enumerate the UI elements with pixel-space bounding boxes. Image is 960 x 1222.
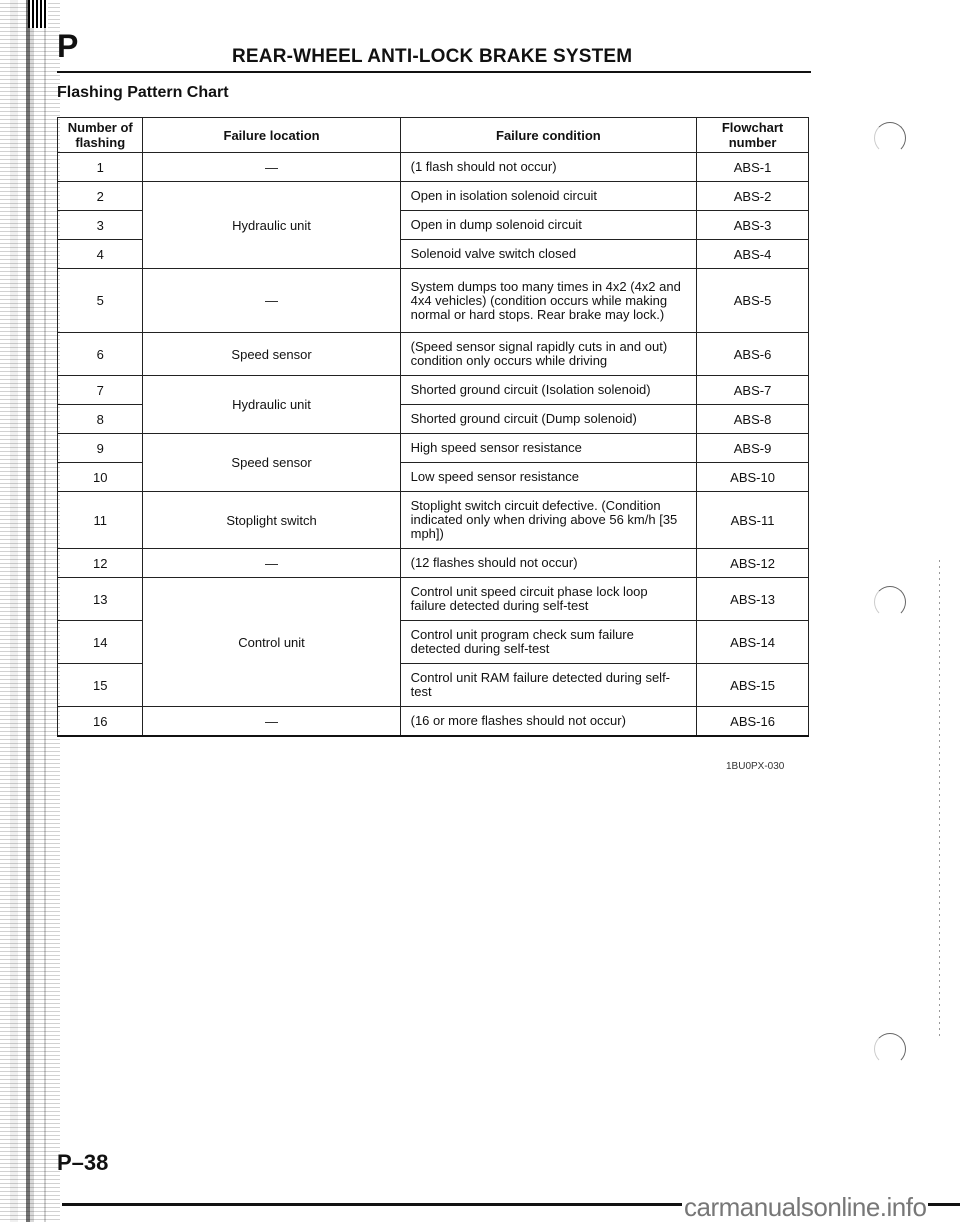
failure-condition: Shorted ground circuit (Isolation soleno…	[400, 376, 697, 405]
flash-count: 6	[58, 333, 143, 376]
column-header-number-of-flashing: Number of flashing	[58, 118, 143, 153]
flowchart-number: ABS-12	[697, 549, 809, 578]
scanned-binding-edge	[0, 0, 60, 1222]
flash-count: 10	[58, 463, 143, 492]
flowchart-number: ABS-16	[697, 707, 809, 737]
flash-count: 3	[58, 211, 143, 240]
watermark: carmanualsonline.info	[682, 1192, 928, 1222]
flowchart-number: ABS-11	[697, 492, 809, 549]
failure-location: —	[143, 549, 400, 578]
failure-condition: Solenoid valve switch closed	[400, 240, 697, 269]
failure-condition: High speed sensor resistance	[400, 434, 697, 463]
flash-count: 11	[58, 492, 143, 549]
table-row: 7 Hydraulic unit Shorted ground circuit …	[58, 376, 809, 405]
figure-id: 1BU0PX-030	[726, 761, 784, 772]
flowchart-number: ABS-14	[697, 621, 809, 664]
failure-condition: Open in isolation solenoid circuit	[400, 182, 697, 211]
failure-condition: Low speed sensor resistance	[400, 463, 697, 492]
flowchart-number: ABS-10	[697, 463, 809, 492]
table-row: 2 Hydraulic unit Open in isolation solen…	[58, 182, 809, 211]
flash-count: 9	[58, 434, 143, 463]
column-header-failure-condition: Failure condition	[400, 118, 697, 153]
flowchart-number: ABS-2	[697, 182, 809, 211]
column-header-failure-location: Failure location	[143, 118, 400, 153]
scan-artifact	[939, 560, 940, 1040]
flowchart-number: ABS-7	[697, 376, 809, 405]
failure-location: —	[143, 153, 400, 182]
flash-count: 14	[58, 621, 143, 664]
flowchart-number: ABS-1	[697, 153, 809, 182]
failure-condition: Open in dump solenoid circuit	[400, 211, 697, 240]
failure-location: —	[143, 269, 400, 333]
failure-condition: (12 flashes should not occur)	[400, 549, 697, 578]
flash-count: 5	[58, 269, 143, 333]
flash-count: 7	[58, 376, 143, 405]
failure-condition: Control unit program check sum failure d…	[400, 621, 697, 664]
flash-count: 15	[58, 664, 143, 707]
page-header-title: REAR-WHEEL ANTI-LOCK BRAKE SYSTEM	[232, 46, 632, 68]
table-header-row: Number of flashing Failure location Fail…	[58, 118, 809, 153]
flash-count: 8	[58, 405, 143, 434]
flash-count: 16	[58, 707, 143, 737]
failure-condition: (1 flash should not occur)	[400, 153, 697, 182]
flowchart-number: ABS-5	[697, 269, 809, 333]
failure-condition: Control unit RAM failure detected during…	[400, 664, 697, 707]
flowchart-number: ABS-13	[697, 578, 809, 621]
failure-location: —	[143, 707, 400, 737]
failure-location: Speed sensor	[143, 434, 400, 492]
failure-location: Stoplight switch	[143, 492, 400, 549]
failure-condition: Shorted ground circuit (Dump solenoid)	[400, 405, 697, 434]
flash-count: 4	[58, 240, 143, 269]
table-row: 12 — (12 flashes should not occur) ABS-1…	[58, 549, 809, 578]
flowchart-number: ABS-9	[697, 434, 809, 463]
failure-condition: Control unit speed circuit phase lock lo…	[400, 578, 697, 621]
section-title: Flashing Pattern Chart	[57, 84, 229, 102]
binder-hole-icon	[874, 122, 906, 154]
flash-count: 12	[58, 549, 143, 578]
failure-condition: Stoplight switch circuit defective. (Con…	[400, 492, 697, 549]
header-divider	[57, 71, 811, 73]
failure-location: Hydraulic unit	[143, 376, 400, 434]
flash-count: 13	[58, 578, 143, 621]
table-row: 13 Control unit Control unit speed circu…	[58, 578, 809, 621]
flowchart-number: ABS-15	[697, 664, 809, 707]
flash-count: 1	[58, 153, 143, 182]
binder-hole-icon	[874, 1033, 906, 1065]
flowchart-number: ABS-8	[697, 405, 809, 434]
table-row: 11 Stoplight switch Stoplight switch cir…	[58, 492, 809, 549]
binder-hole-icon	[874, 586, 906, 618]
column-header-flowchart-number: Flowchart number	[697, 118, 809, 153]
failure-condition: (Speed sensor signal rapidly cuts in and…	[400, 333, 697, 376]
scan-artifact	[28, 0, 48, 28]
flowchart-number: ABS-4	[697, 240, 809, 269]
table-row: 6 Speed sensor (Speed sensor signal rapi…	[58, 333, 809, 376]
flash-count: 2	[58, 182, 143, 211]
table-row: 5 — System dumps too many times in 4x2 (…	[58, 269, 809, 333]
failure-condition: (16 or more flashes should not occur)	[400, 707, 697, 737]
page-number: P–38	[57, 1150, 108, 1176]
failure-location: Hydraulic unit	[143, 182, 400, 269]
section-letter: P	[57, 30, 78, 62]
flowchart-number: ABS-3	[697, 211, 809, 240]
failure-location: Speed sensor	[143, 333, 400, 376]
table-row: 1 — (1 flash should not occur) ABS-1	[58, 153, 809, 182]
table-row: 16 — (16 or more flashes should not occu…	[58, 707, 809, 737]
flashing-pattern-table: Number of flashing Failure location Fail…	[57, 117, 809, 737]
failure-location: Control unit	[143, 578, 400, 707]
table-row: 9 Speed sensor High speed sensor resista…	[58, 434, 809, 463]
flowchart-number: ABS-6	[697, 333, 809, 376]
failure-condition: System dumps too many times in 4x2 (4x2 …	[400, 269, 697, 333]
